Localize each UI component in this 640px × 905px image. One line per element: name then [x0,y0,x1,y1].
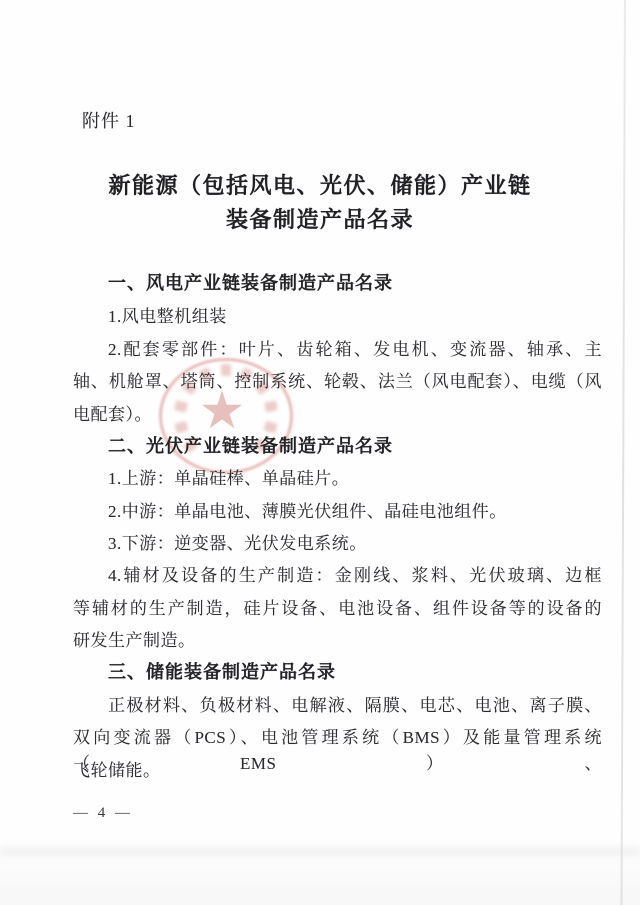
body-line: 轴、机舱罩、塔筒、控制系统、轮毂、法兰（风电配套）、电缆（风 [73,369,602,395]
page-edge-line [620,0,626,905]
body-line: 2.中游：单晶电池、薄膜光伏组件、晶硅电池组件。 [73,499,602,525]
document-title-line1: 新能源（包括风电、光伏、储能）产业链 [0,169,640,200]
scanned-document-page: 附件 1 新能源（包括风电、光伏、储能）产业链 装备制造产品名录 一、风电产业链… [0,0,640,905]
body-line: 2.配套零部件：叶片、齿轮箱、发电机、变流器、轴承、主 [73,337,602,363]
body-line: 等辅材的生产制造，硅片设备、电池设备、组件设备等的设备的 [73,596,602,622]
scan-artifact-streak [0,847,640,856]
body-line: 研发生产制造。 [73,628,602,654]
body-line: 1.上游：单晶硅棒、单晶硅片。 [73,466,602,492]
section-heading-pv: 二、光伏产业链装备制造产品名录 [73,434,602,460]
body-line: 4.辅材及设备的生产制造：金刚线、浆料、光伏玻璃、边框 [73,563,602,589]
section-heading-wind: 一、风电产业链装备制造产品名录 [73,271,602,297]
page-number: — 4 — [73,805,133,822]
body-line: 飞轮储能。 [73,758,602,784]
body-line: 1.风电整机组装 [73,304,602,330]
attachment-label: 附件 1 [82,107,136,133]
body-line: 3.下游：逆变器、光伏发电系统。 [73,531,602,557]
body-line: 电配套）。 [73,402,602,428]
document-title-line2: 装备制造产品名录 [0,203,640,234]
section-heading-storage: 三、储能装备制造产品名录 [73,660,602,686]
body-line: 正极材料、负极材料、电解液、隔膜、电芯、电池、离子膜、 [73,693,602,719]
